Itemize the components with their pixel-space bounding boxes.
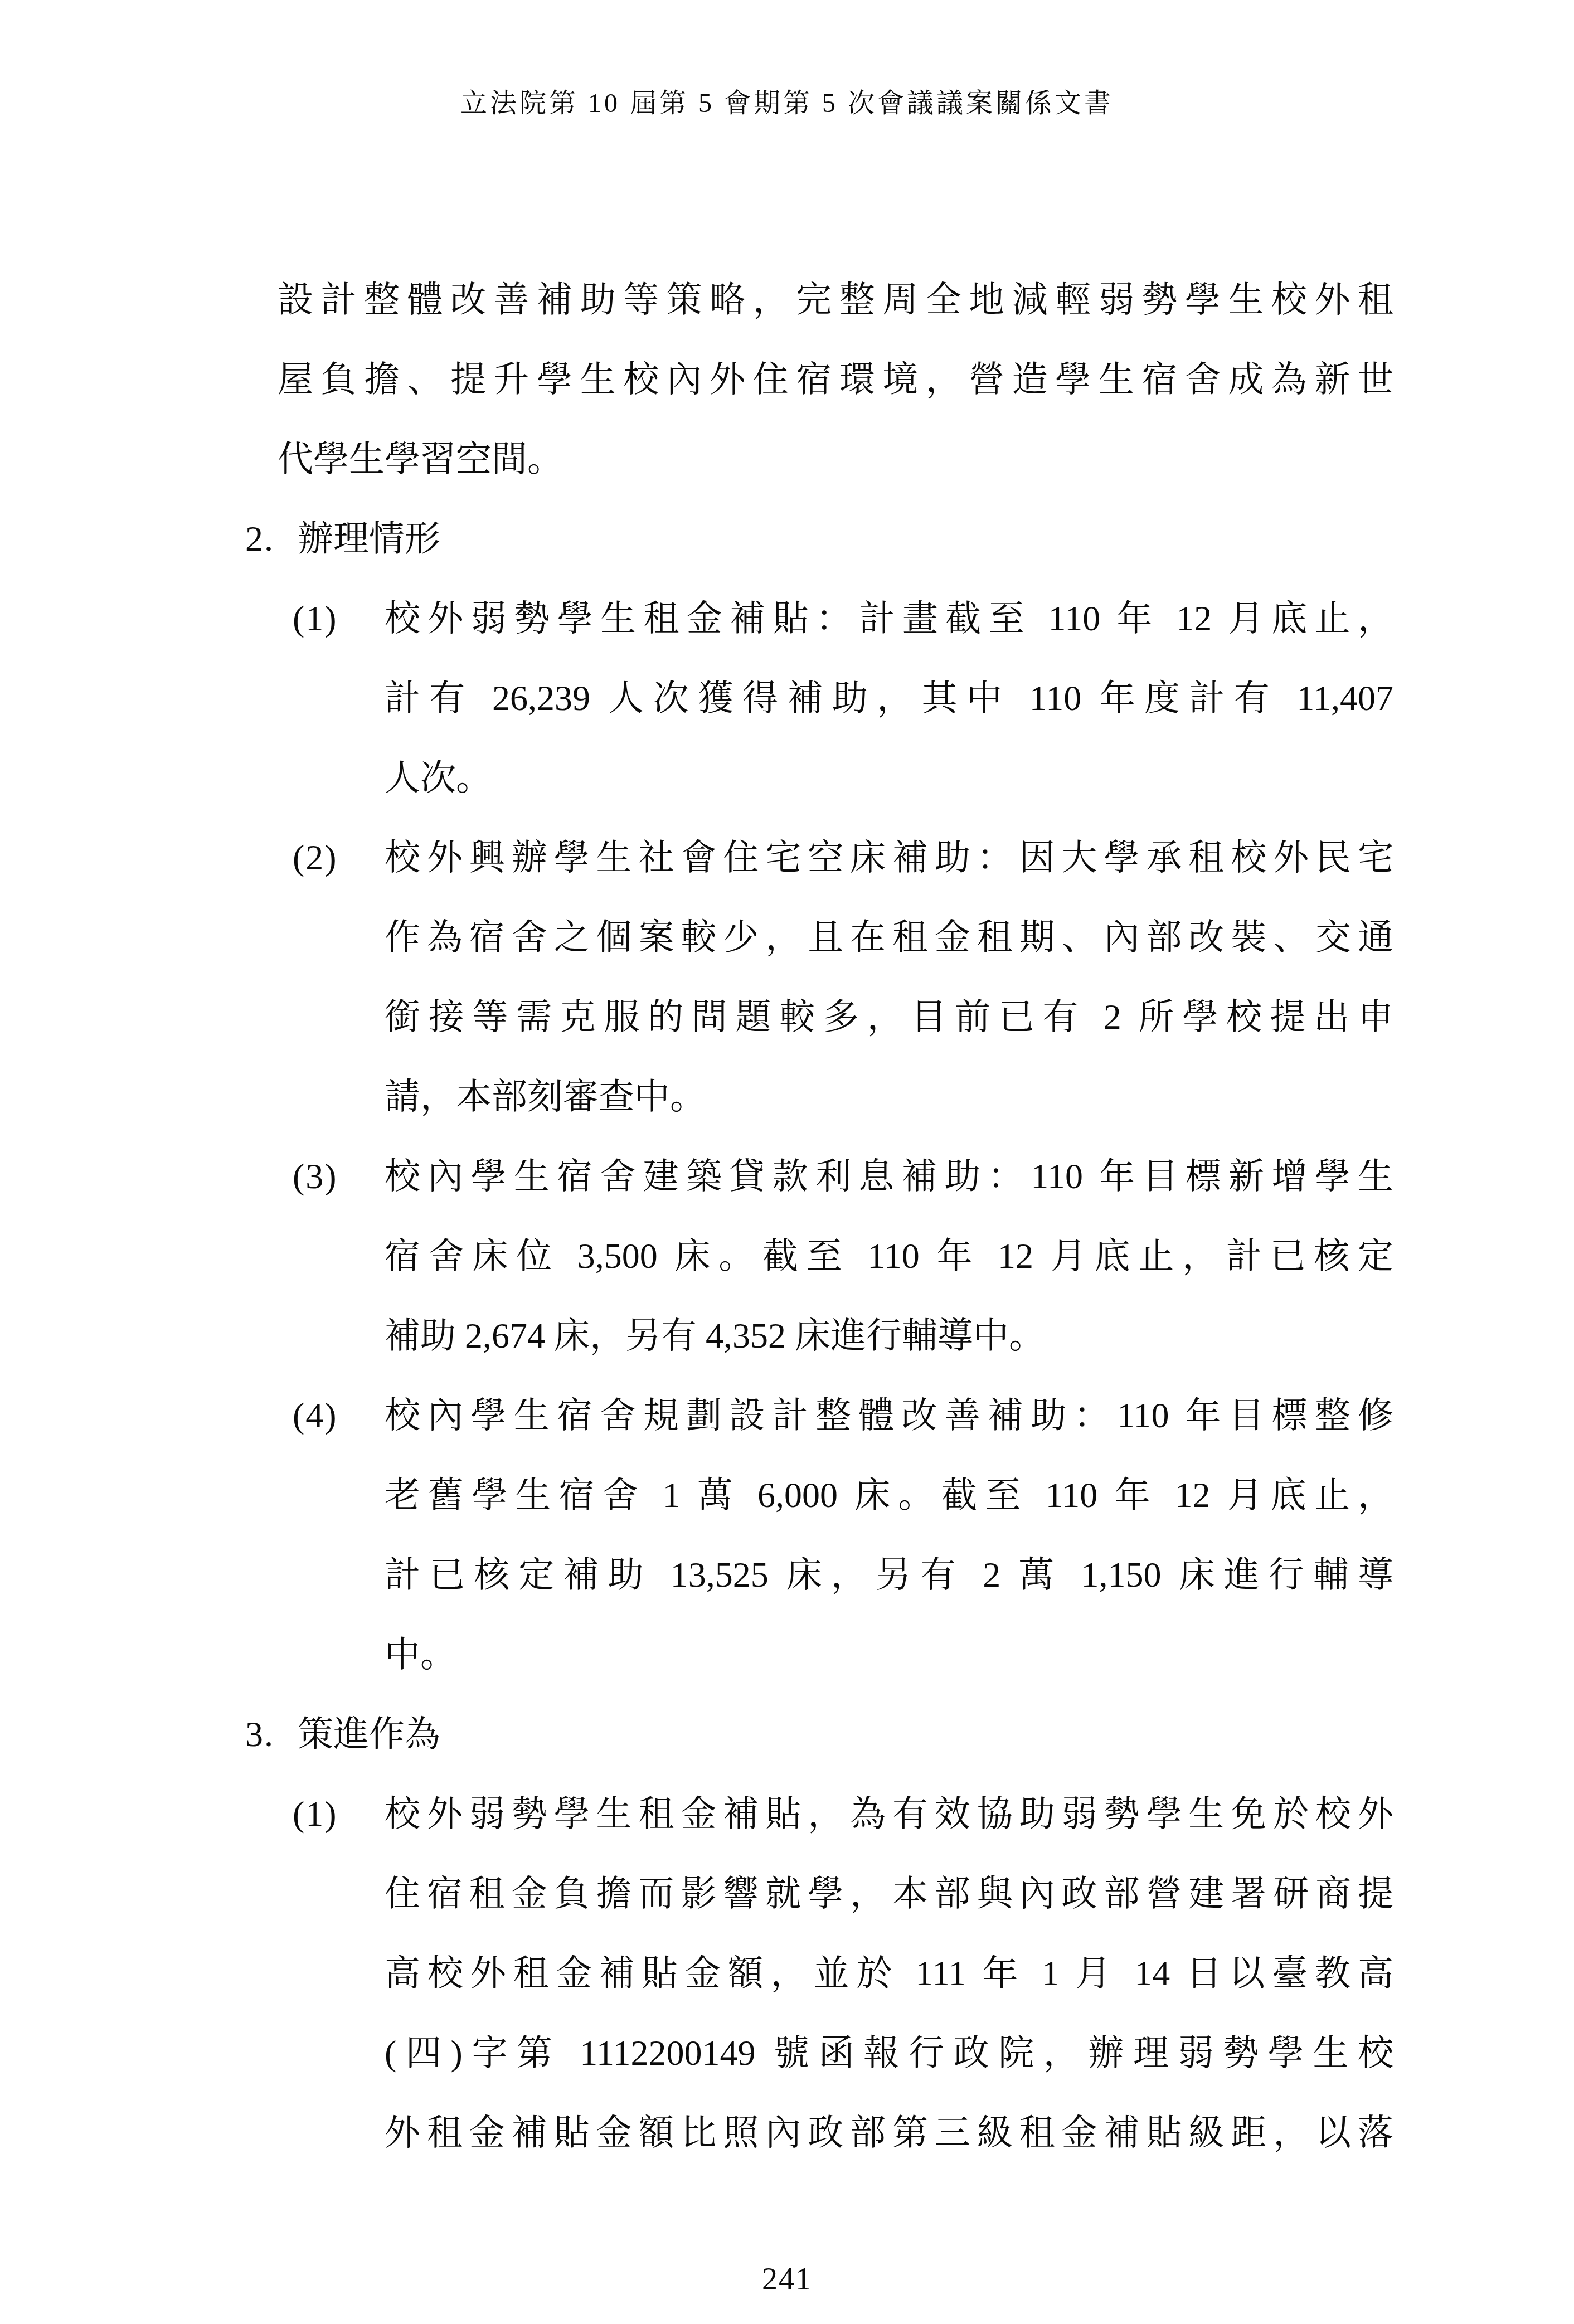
line-text: 代學生學習空間。: [278, 419, 563, 499]
item-number: 3.: [245, 1694, 298, 1774]
text-line: 高校外租金補貼金額，並於 111 年 1 月 14 日以臺教高: [385, 1933, 1574, 2013]
text-line: 銜接等需克服的問題較多，目前已有 2 所學校提出申: [385, 977, 1574, 1057]
text-line: (四)字第 1112200149 號函報行政院，辦理弱勢學生校: [385, 2013, 1574, 2093]
list-item-line: (4)校內學生宿舍規劃設計整體改善補助：110 年目標整修: [293, 1375, 1574, 1455]
text-line: 住宿租金負擔而影響就學，本部與內政部營建署研商提: [385, 1854, 1574, 1933]
text-line: 補助 2,674 床，另有 4,352 床進行輔導中。: [385, 1296, 1574, 1375]
line-text: 高校外租金補貼金額，並於 111 年 1 月 14 日以臺教高: [385, 1933, 1393, 2013]
line-text: 校外弱勢學生租金補貼，為有效協助弱勢學生免於校外: [385, 1774, 1393, 1854]
item-marker: (4): [293, 1375, 385, 1455]
item-number: 2.: [245, 499, 298, 578]
list-item-line: (1)校外弱勢學生租金補貼，為有效協助弱勢學生免於校外: [293, 1774, 1574, 1854]
line-text: 請，本部刻審查中。: [385, 1057, 706, 1136]
line-text: 辦理情形: [298, 499, 440, 578]
list-item-line: (2)校外興辦學生社會住宅空床補助：因大學承租校外民宅: [293, 818, 1574, 897]
line-text: 校外弱勢學生租金補貼：計畫截至 110 年 12 月底止，: [385, 578, 1393, 658]
line-text: 銜接等需克服的問題較多，目前已有 2 所學校提出申: [385, 977, 1393, 1057]
document-header: 立法院第 10 屆第 5 會期第 5 次會議議案關係文書: [0, 77, 1574, 130]
text-line: 計有 26,239 人次獲得補助，其中 110 年度計有 11,407: [385, 658, 1574, 738]
line-text: 校內學生宿舍規劃設計整體改善補助：110 年目標整修: [385, 1375, 1393, 1455]
text-line: 屋負擔、提升學生校內外住宿環境，營造學生宿舍成為新世: [278, 339, 1574, 419]
text-line: 請，本部刻審查中。: [385, 1057, 1574, 1136]
text-line: 老舊學生宿舍 1 萬 6,000 床。截至 110 年 12 月底止，: [385, 1455, 1574, 1535]
line-text: 宿舍床位 3,500 床。截至 110 年 12 月底止，計已核定: [385, 1216, 1393, 1296]
line-text: 校內學生宿舍建築貸款利息補助：110 年目標新增學生: [385, 1136, 1393, 1216]
line-text: 住宿租金負擔而影響就學，本部與內政部營建署研商提: [385, 1854, 1393, 1933]
line-text: 策進作為: [298, 1694, 440, 1774]
page-number: 241: [0, 2246, 1574, 2313]
item-marker: (1): [293, 1774, 385, 1854]
document-page: 立法院第 10 屆第 5 會期第 5 次會議議案關係文書 設計整體改善補助等策略…: [0, 0, 1574, 2324]
line-text: 設計整體改善補助等策略，完整周全地減輕弱勢學生校外租: [278, 260, 1393, 339]
text-line: 宿舍床位 3,500 床。截至 110 年 12 月底止，計已核定: [385, 1216, 1574, 1296]
numbered-heading: 3.策進作為: [245, 1694, 1574, 1774]
text-line: 計已核定補助 13,525 床，另有 2 萬 1,150 床進行輔導: [385, 1535, 1574, 1615]
line-text: 老舊學生宿舍 1 萬 6,000 床。截至 110 年 12 月底止，: [385, 1455, 1393, 1535]
line-text: (四)字第 1112200149 號函報行政院，辦理弱勢學生校: [385, 2013, 1393, 2093]
text-line: 作為宿舍之個案較少，且在租金租期、內部改裝、交通: [385, 897, 1574, 977]
item-marker: (2): [293, 818, 385, 897]
line-text: 外租金補貼金額比照內政部第三級租金補貼級距，以落: [385, 2093, 1393, 2172]
list-item-line: (1)校外弱勢學生租金補貼：計畫截至 110 年 12 月底止，: [293, 578, 1574, 658]
item-marker: (3): [293, 1136, 385, 1216]
text-line: 設計整體改善補助等策略，完整周全地減輕弱勢學生校外租: [278, 260, 1574, 339]
text-line: 中。: [385, 1615, 1574, 1694]
line-text: 計有 26,239 人次獲得補助，其中 110 年度計有 11,407: [385, 658, 1393, 738]
line-text: 人次。: [385, 738, 492, 818]
text-line: 代學生學習空間。: [278, 419, 1574, 499]
list-item-line: (3)校內學生宿舍建築貸款利息補助：110 年目標新增學生: [293, 1136, 1574, 1216]
line-text: 計已核定補助 13,525 床，另有 2 萬 1,150 床進行輔導: [385, 1535, 1393, 1615]
line-text: 補助 2,674 床，另有 4,352 床進行輔導中。: [385, 1296, 1045, 1375]
text-line: 人次。: [385, 738, 1574, 818]
line-text: 中。: [385, 1615, 456, 1694]
document-body: 設計整體改善補助等策略，完整周全地減輕弱勢學生校外租 屋負擔、提升學生校內外住宿…: [0, 260, 1574, 2172]
line-text: 作為宿舍之個案較少，且在租金租期、內部改裝、交通: [385, 897, 1393, 977]
item-marker: (1): [293, 578, 385, 658]
line-text: 屋負擔、提升學生校內外住宿環境，營造學生宿舍成為新世: [278, 339, 1393, 419]
line-text: 校外興辦學生社會住宅空床補助：因大學承租校外民宅: [385, 818, 1393, 897]
text-line: 外租金補貼金額比照內政部第三級租金補貼級距，以落: [385, 2093, 1574, 2172]
numbered-heading: 2.辦理情形: [245, 499, 1574, 578]
